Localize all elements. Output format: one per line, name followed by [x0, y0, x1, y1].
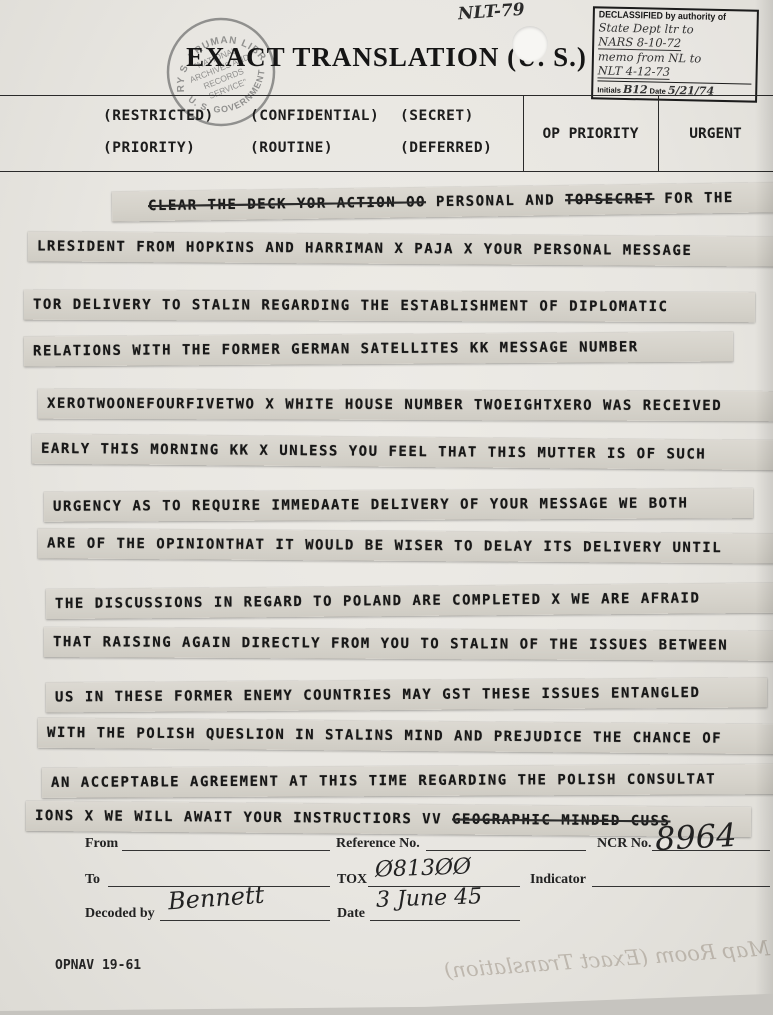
date-line	[370, 920, 520, 921]
strip-text: FOR THE	[654, 190, 734, 207]
strip-text: PERSONAL AND	[426, 192, 565, 210]
telegram-strip: ARE OF THE OPINIONTHAT IT WOULD BE WISER…	[38, 528, 773, 563]
telegram-strip: THE DISCUSSIONS IN REGARD TO POLAND ARE …	[46, 583, 773, 619]
urgent-cell: URGENT	[658, 96, 773, 171]
telegram-strip: CLEAR THE DECK YOR ACTION OO PERSONAL AN…	[112, 182, 773, 221]
declassification-stamp: DECLASSIFIED by authority of State Dept …	[591, 6, 759, 102]
telegram-strip: US IN THESE FORMER ENEMY COUNTRIES MAY G…	[46, 677, 767, 712]
tox-label: TOX	[337, 872, 367, 888]
decoded-by-label: Decoded by	[85, 906, 155, 922]
strip-text: URGENCY AS TO REQUIRE IMMEDAATE DELIVERY…	[53, 495, 689, 514]
indicator-label: Indicator	[530, 872, 586, 888]
strip-text: WITH THE POLISH QUESLION IN STALINS MIND…	[47, 725, 722, 747]
class-secret: (SECRET)	[400, 108, 474, 124]
class-confidential: (CONFIDENTIAL)	[250, 108, 379, 124]
strip-text: IONS X WE WILL AWAIT YOUR INSTRUCTIORS V…	[35, 808, 452, 828]
strip-text: XEROTWOONEFOURFIVETWO X WHITE HOUSE NUMB…	[47, 396, 722, 414]
decoded-by-line	[160, 920, 330, 921]
telegram-strip: WITH THE POLISH QUESLION IN STALINS MIND…	[38, 718, 773, 754]
classification-table: (RESTRICTED) (CONFIDENTIAL) (SECRET) (PR…	[0, 95, 773, 172]
strip-text: US IN THESE FORMER ENEMY COUNTRIES MAY G…	[55, 685, 700, 706]
ncr-label: NCR No.	[597, 836, 651, 852]
telegram-strip: RELATIONS WITH THE FORMER GERMAN SATELLI…	[24, 332, 733, 367]
class-deferred: (DEFERRED)	[400, 140, 492, 156]
telegram-strip: EARLY THIS MORNING KK X UNLESS YOU FEEL …	[32, 434, 773, 471]
date-value-handwritten: 3 June 45	[376, 884, 483, 913]
telegram-strip: AN ACCEPTABLE AGREEMENT AT THIS TIME REG…	[42, 764, 773, 798]
handwritten-file-code: NLT-79	[457, 0, 525, 24]
struck-text: GEOGRAPHIC MINDED CUSS	[452, 812, 671, 830]
strip-text: THE DISCUSSIONS IN REGARD TO POLAND ARE …	[55, 590, 700, 612]
declass-initials-label: Initials	[597, 85, 621, 94]
telegram-strip: THAT RAISING AGAIN DIRECTLY FROM YOU TO …	[44, 627, 773, 661]
from-label: From	[85, 836, 118, 852]
strip-text: TOR DELIVERY TO STALIN REGARDING THE EST…	[33, 297, 668, 315]
declass-nlt-line: NLT 4-12-73	[597, 64, 670, 80]
strip-text: ARE OF THE OPINIONTHAT IT WOULD BE WISER…	[47, 535, 722, 556]
opnav-form-number: OPNAV 19-61	[55, 958, 141, 973]
indicator-line	[592, 886, 770, 887]
reference-label: Reference No.	[336, 836, 420, 852]
telegram-strip: IONS X WE WILL AWAIT YOUR INSTRUCTIORS V…	[26, 801, 751, 837]
strip-text: EARLY THIS MORNING KK X UNLESS YOU FEEL …	[41, 441, 706, 463]
from-line	[122, 850, 330, 851]
tox-value-handwritten: Ø813ØØ	[375, 854, 472, 882]
to-label: To	[85, 872, 100, 888]
strip-text: THAT RAISING AGAIN DIRECTLY FROM YOU TO …	[53, 634, 728, 654]
telegram-strip: TOR DELIVERY TO STALIN REGARDING THE EST…	[24, 290, 755, 323]
hole-punch	[512, 26, 548, 62]
op-priority-cell: OP PRIORITY	[523, 96, 658, 171]
class-restricted: (RESTRICTED)	[103, 108, 214, 124]
telegram-strip: URGENCY AS TO REQUIRE IMMEDAATE DELIVERY…	[44, 488, 753, 522]
ncr-value-handwritten: 8964	[654, 816, 737, 858]
class-routine: (ROUTINE)	[250, 140, 333, 156]
scanned-telegram-page: NLT-79 HARRY S. TRUMAN LIBRARY U. S. GOV…	[0, 0, 773, 1015]
telegram-strip: LRESIDENT FROM HOPKINS AND HARRIMAN X PA…	[28, 231, 773, 266]
strip-text: AN ACCEPTABLE AGREEMENT AT THIS TIME REG…	[51, 771, 716, 790]
strip-text: LRESIDENT FROM HOPKINS AND HARRIMAN X PA…	[37, 238, 692, 259]
reference-line	[426, 850, 586, 851]
date-label: Date	[337, 906, 365, 922]
decoded-by-value-handwritten: Bennett	[167, 881, 265, 916]
class-priority: (PRIORITY)	[103, 140, 195, 156]
bleed-through-note: Map Room (Exact Translation)	[430, 936, 771, 984]
strip-text: RELATIONS WITH THE FORMER GERMAN SATELLI…	[33, 339, 639, 359]
struck-text: CLEAR THE DECK YOR ACTION OO	[148, 194, 426, 214]
struck-text: TOPSECRET	[565, 191, 655, 208]
telegram-strip: XEROTWOONEFOURFIVETWO X WHITE HOUSE NUMB…	[38, 389, 773, 422]
